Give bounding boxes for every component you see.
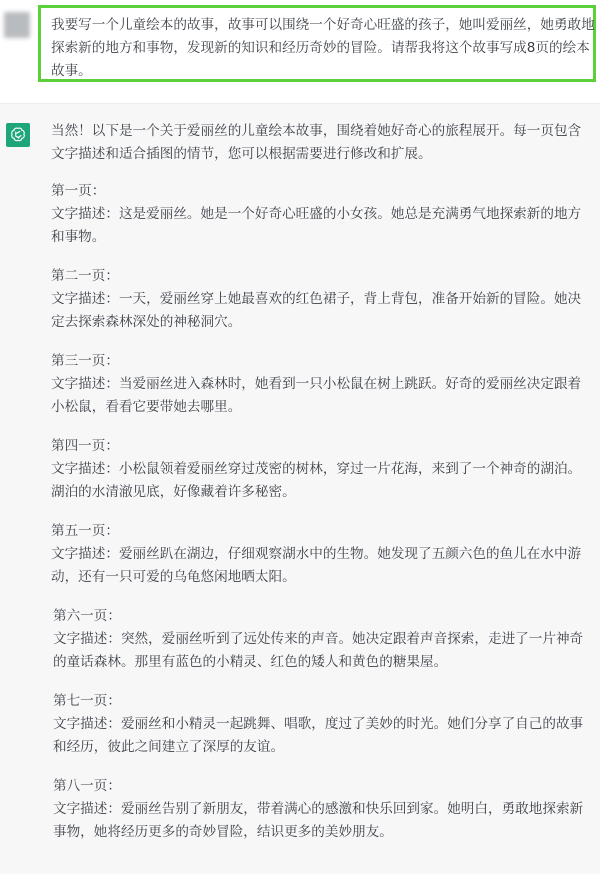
page-text: 文字描述：突然，爱丽丝听到了远处传来的声音。她决定跟着声音探索，走进了一片神奇的… bbox=[53, 628, 593, 674]
story-page-1: 第一页： 文字描述：这是爱丽丝。她是一个好奇心旺盛的小女孩。她总是充满勇气地探索… bbox=[51, 180, 593, 249]
page-title: 第四一页： bbox=[51, 435, 593, 458]
page-text: 文字描述：爱丽丝趴在湖边，仔细观察湖水中的生物。她发现了五颜六色的鱼儿在水中游动… bbox=[51, 543, 593, 589]
story-page-6: 第六一页： 文字描述：突然，爱丽丝听到了远处传来的声音。她决定跟着声音探索，走进… bbox=[51, 605, 593, 674]
page-text: 文字描述：当爱丽丝进入森林时，她看到一只小松鼠在树上跳跃。好奇的爱丽丝决定跟着小… bbox=[51, 373, 593, 419]
page-text: 文字描述：小松鼠领着爱丽丝穿过茂密的树林，穿过一片花海，来到了一个神奇的湖泊。湖… bbox=[51, 458, 593, 504]
page-title: 第三一页： bbox=[51, 350, 593, 373]
page-text: 文字描述：一天，爱丽丝穿上她最喜欢的红色裙子，背上背包，准备开始新的冒险。她决定… bbox=[51, 288, 593, 334]
page-text: 文字描述：爱丽丝告别了新朋友，带着满心的感激和快乐回到家。她明白，勇敢地探索新事… bbox=[53, 798, 593, 844]
page-title: 第八一页： bbox=[53, 775, 593, 798]
story-page-5: 第五一页： 文字描述：爱丽丝趴在湖边，仔细观察湖水中的生物。她发现了五颜六色的鱼… bbox=[51, 520, 593, 589]
user-message-text[interactable]: 我要写一个儿童绘本的故事，故事可以围绕一个好奇心旺盛的孩子，她叫爱丽丝，她勇敢地… bbox=[51, 14, 595, 83]
page-title: 第五一页： bbox=[51, 520, 593, 543]
story-page-3: 第三一页： 文字描述：当爱丽丝进入森林时，她看到一只小松鼠在树上跳跃。好奇的爱丽… bbox=[51, 350, 593, 419]
story-page-8: 第八一页： 文字描述：爱丽丝告别了新朋友，带着满心的感激和快乐回到家。她明白，勇… bbox=[51, 775, 593, 844]
story-page-4: 第四一页： 文字描述：小松鼠领着爱丽丝穿过茂密的树林，穿过一片花海，来到了一个神… bbox=[51, 435, 593, 504]
page-text: 文字描述：这是爱丽丝。她是一个好奇心旺盛的小女孩。她总是充满勇气地探索新的地方和… bbox=[51, 203, 593, 249]
page-title: 第一页： bbox=[51, 180, 593, 203]
page-title: 第七一页： bbox=[53, 690, 593, 713]
page-title: 第二一页： bbox=[51, 265, 593, 288]
assistant-intro: 当然！以下是一个关于爱丽丝的儿童绘本故事，围绕着她好奇心的旅程展开。每一页包含文… bbox=[51, 120, 593, 166]
story-page-7: 第七一页： 文字描述：爱丽丝和小精灵一起跳舞、唱歌，度过了美妙的时光。她们分享了… bbox=[51, 690, 593, 759]
chatgpt-logo-icon bbox=[6, 123, 30, 147]
page-title: 第六一页： bbox=[53, 605, 593, 628]
assistant-message-content: 当然！以下是一个关于爱丽丝的儿童绘本故事，围绕着她好奇心的旅程展开。每一页包含文… bbox=[51, 120, 593, 860]
story-page-2: 第二一页： 文字描述：一天，爱丽丝穿上她最喜欢的红色裙子，背上背包，准备开始新的… bbox=[51, 265, 593, 334]
assistant-message-row: 当然！以下是一个关于爱丽丝的儿童绘本故事，围绕着她好奇心的旅程展开。每一页包含文… bbox=[0, 103, 600, 874]
page-text: 文字描述：爱丽丝和小精灵一起跳舞、唱歌，度过了美妙的时光。她们分享了自己的故事和… bbox=[53, 713, 593, 759]
user-avatar bbox=[4, 12, 30, 38]
user-message-row: 我要写一个儿童绘本的故事，故事可以围绕一个好奇心旺盛的孩子，她叫爱丽丝，她勇敢地… bbox=[0, 0, 600, 103]
